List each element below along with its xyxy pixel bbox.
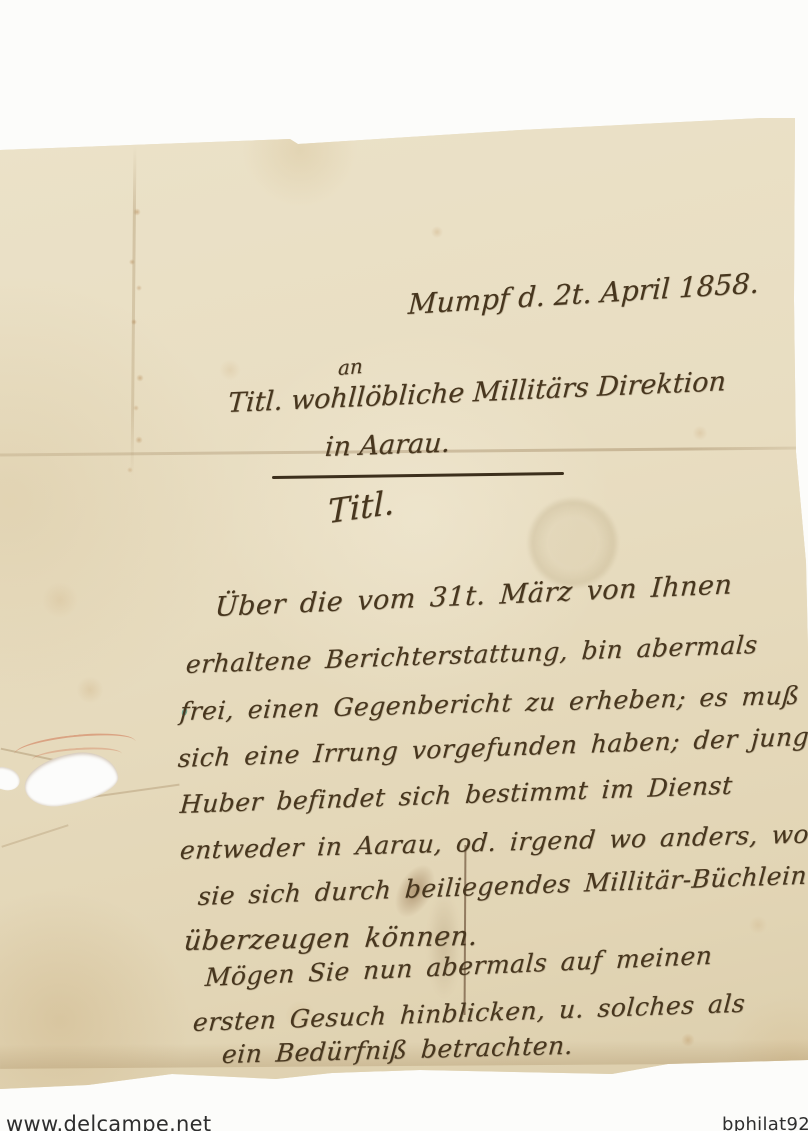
scanned-letter-photo: Mumpf d. 2t. April 1858. an Titl. wohllö… bbox=[0, 0, 808, 1131]
letter-paper: Mumpf d. 2t. April 1858. an Titl. wohllö… bbox=[0, 0, 808, 1131]
address-city: in Aarau. bbox=[324, 428, 451, 463]
body-line: sie sich durch beiliegendes Millitär-Büc… bbox=[197, 861, 808, 911]
body-line: erhaltene Berichterstattung, bin abermal… bbox=[185, 630, 759, 679]
fold-crease-vertical bbox=[131, 146, 137, 476]
body-line: frei, einen Gegenbericht zu erheben; es … bbox=[179, 681, 801, 726]
dateline: Mumpf d. 2t. April 1858. bbox=[407, 266, 759, 321]
address-recipient: Titl. wohllöbliche Millitärs Direktion bbox=[227, 366, 727, 419]
watermark-delcampe: www.delcampe.net bbox=[6, 1112, 211, 1131]
body-line: sich eine Irrung vorgefunden haben; der … bbox=[177, 721, 808, 773]
salutation: Titl. bbox=[328, 483, 394, 532]
watermark-bphilat: bphilat92 bbox=[722, 1114, 808, 1131]
address-underline bbox=[272, 472, 564, 479]
tear-crease bbox=[1, 824, 68, 848]
address-to-prefix: an bbox=[338, 354, 363, 380]
body-line: Huber befindet sich bestimmt im Dienst bbox=[179, 771, 734, 819]
body-line: ersten Gesuch hinblicken, u. solches als bbox=[192, 989, 746, 1037]
body-line: überzeugen können. bbox=[183, 921, 479, 957]
body-line: Über die vom 31t. März von Ihnen bbox=[214, 569, 733, 623]
body-line: entweder in Aarau, od. irgend wo anders,… bbox=[179, 819, 808, 865]
